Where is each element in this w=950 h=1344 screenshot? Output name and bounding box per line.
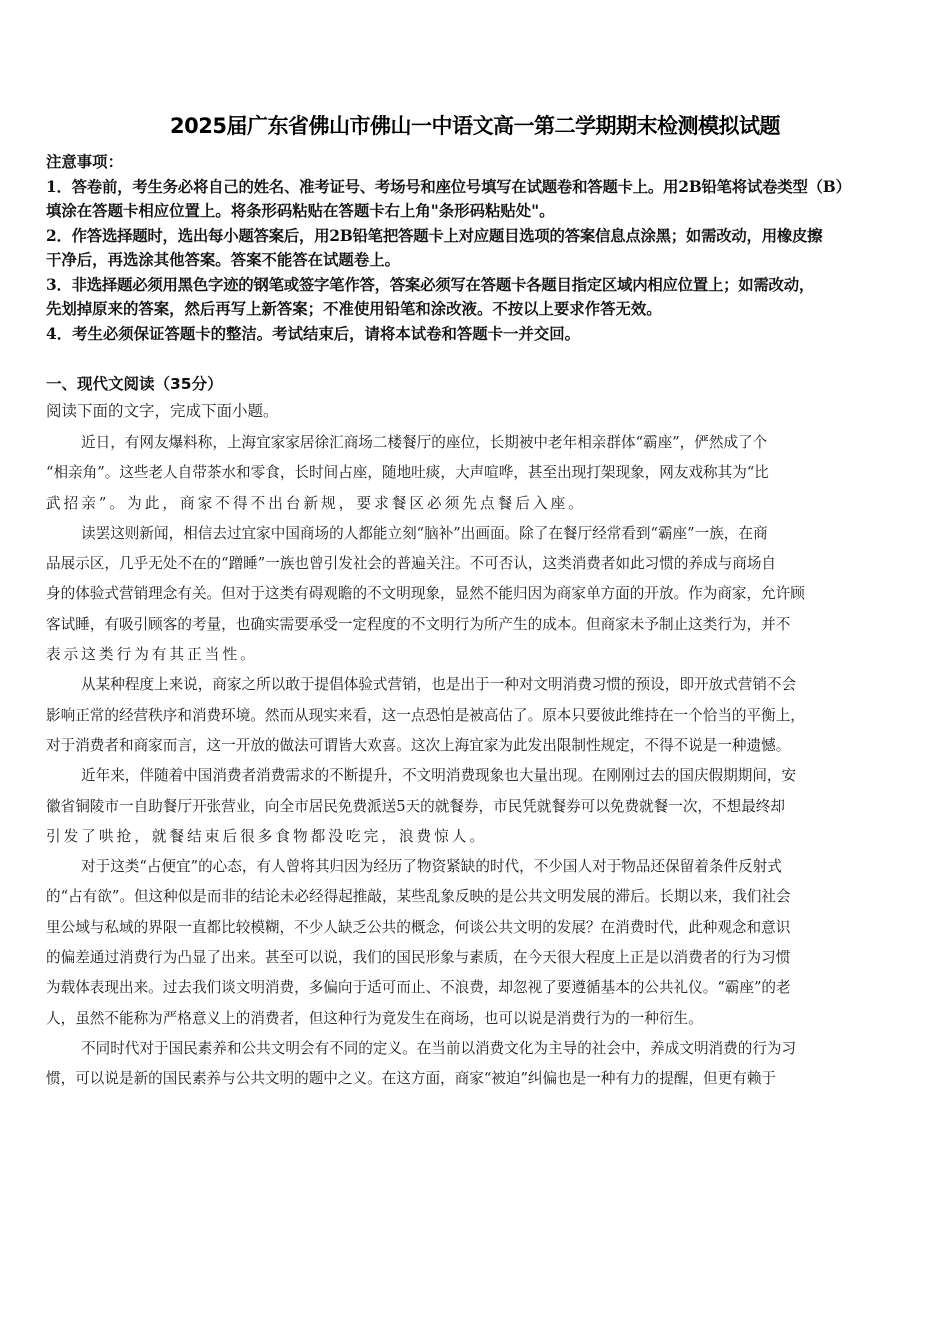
- notice-heading: 注意事项：: [46, 150, 916, 175]
- reading-instruction: 阅读下面的文字，完成下面小题。: [46, 399, 279, 421]
- notice-line: 3．非选择题必须用黑色字迹的钢笔或签字笔作答，答案必须写在答题卡各题目指定区域内…: [46, 273, 916, 298]
- section-heading: 一、现代文阅读（35分）: [46, 372, 223, 394]
- article-line: 武招亲”。为此，商家不得不出台新规，要求餐区必须先点餐后入座。: [46, 489, 906, 519]
- article-line: “相亲角”。这些老人自带茶水和零食，长时间占座，随地吐痰，大声喧哗，甚至出现打架…: [46, 458, 906, 488]
- notice-line: 4．考生必须保证答题卡的整洁。考试结束后，请将本试卷和答题卡一并交回。: [46, 322, 916, 347]
- article-line: 客试睡，有吸引顾客的考量，也确实需要承受一定程度的不文明行为所产生的成本。但商家…: [46, 610, 906, 640]
- article-line: 徽省铜陵市一自助餐厅开张营业，向全市居民免费派送5天的就餐券，市民凭就餐券可以免…: [46, 792, 906, 822]
- article-line: 为载体表现出来。过去我们谈文明消费，多偏向于适可而止、不浪费，却忽视了要遵循基本…: [46, 973, 906, 1003]
- notice-line: 2．作答选择题时，选出每小题答案后，用2B铅笔把答题卡上对应题目选项的答案信息点…: [46, 224, 916, 249]
- article-body: 近日，有网友爆料称，上海宜家家居徐汇商场二楼餐厅的座位，长期被中老年相亲群体“霸…: [46, 428, 906, 1095]
- article-line: 的偏差通过消费行为凸显了出来。甚至可以说，我们的国民形象与素质，在今天很大程度上…: [46, 943, 906, 973]
- document-title: 2025届广东省佛山市佛山一中语文高一第二学期期末检测模拟试题: [0, 110, 950, 140]
- article-line: 从某种程度上来说，商家之所以敢于提倡体验式营销，也是出于一种对文明消费习惯的预设…: [46, 670, 906, 700]
- article-line: 的“占有欲”。但这种似是而非的结论未必经得起推敲，某些乱象反映的是公共文明发展的…: [46, 882, 906, 912]
- article-line: 表示这类行为有其正当性。: [46, 640, 906, 670]
- article-line: 近日，有网友爆料称，上海宜家家居徐汇商场二楼餐厅的座位，长期被中老年相亲群体“霸…: [46, 428, 906, 458]
- article-line: 读罢这则新闻，相信去过宜家中国商场的人都能立刻“脑补”出画面。除了在餐厅经常看到…: [46, 519, 906, 549]
- article-line: 对于这类“占便宜”的心态，有人曾将其归因为经历了物资紧缺的时代，不少国人对于物品…: [46, 852, 906, 882]
- article-line: 里公域与私域的界限一直都比较模糊，不少人缺乏公共的概念，何谈公共文明的发展？在消…: [46, 913, 906, 943]
- article-line: 影响正常的经营秩序和消费环境。然而从现实来看，这一点恐怕是被高估了。原本只要彼此…: [46, 701, 906, 731]
- article-line: 引发了哄抢，就餐结束后很多食物都没吃完，浪费惊人。: [46, 822, 906, 852]
- notice-block: 注意事项： 1．答卷前，考生务必将自己的姓名、准考证号、考场号和座位号填写在试题…: [46, 150, 916, 346]
- article-line: 身的体验式营销理念有关。但对于这类有碍观瞻的不文明现象，显然不能归因为商家单方面…: [46, 579, 906, 609]
- article-line: 惯，可以说是新的国民素养与公共文明的题中之义。在这方面，商家“被迫”纠偏也是一种…: [46, 1064, 906, 1094]
- article-line: 近年来，伴随着中国消费者消费需求的不断提升，不文明消费现象也大量出现。在刚刚过去…: [46, 761, 906, 791]
- notice-line: 填涂在答题卡相应位置上。将条形码粘贴在答题卡右上角"条形码粘贴处"。: [46, 199, 916, 224]
- exam-page: 2025届广东省佛山市佛山一中语文高一第二学期期末检测模拟试题 注意事项： 1．…: [0, 0, 950, 1344]
- notice-line: 干净后，再选涂其他答案。答案不能答在试题卷上。: [46, 248, 916, 273]
- notice-line: 1．答卷前，考生务必将自己的姓名、准考证号、考场号和座位号填写在试题卷和答题卡上…: [46, 175, 916, 200]
- notice-line: 先划掉原来的答案，然后再写上新答案；不准使用铅笔和涂改液。不按以上要求作答无效。: [46, 297, 916, 322]
- article-line: 对于消费者和商家而言，这一开放的做法可谓皆大欢喜。这次上海宜家为此发出限制性规定…: [46, 731, 906, 761]
- article-line: 品展示区，几乎无处不在的“蹭睡”一族也曾引发社会的普遍关注。不可否认，这类消费者…: [46, 549, 906, 579]
- article-line: 不同时代对于国民素养和公共文明会有不同的定义。在当前以消费文化为主导的社会中，养…: [46, 1034, 906, 1064]
- article-line: 人，虽然不能称为严格意义上的消费者，但这种行为竟发生在商场，也可以说是消费行为的…: [46, 1004, 906, 1034]
